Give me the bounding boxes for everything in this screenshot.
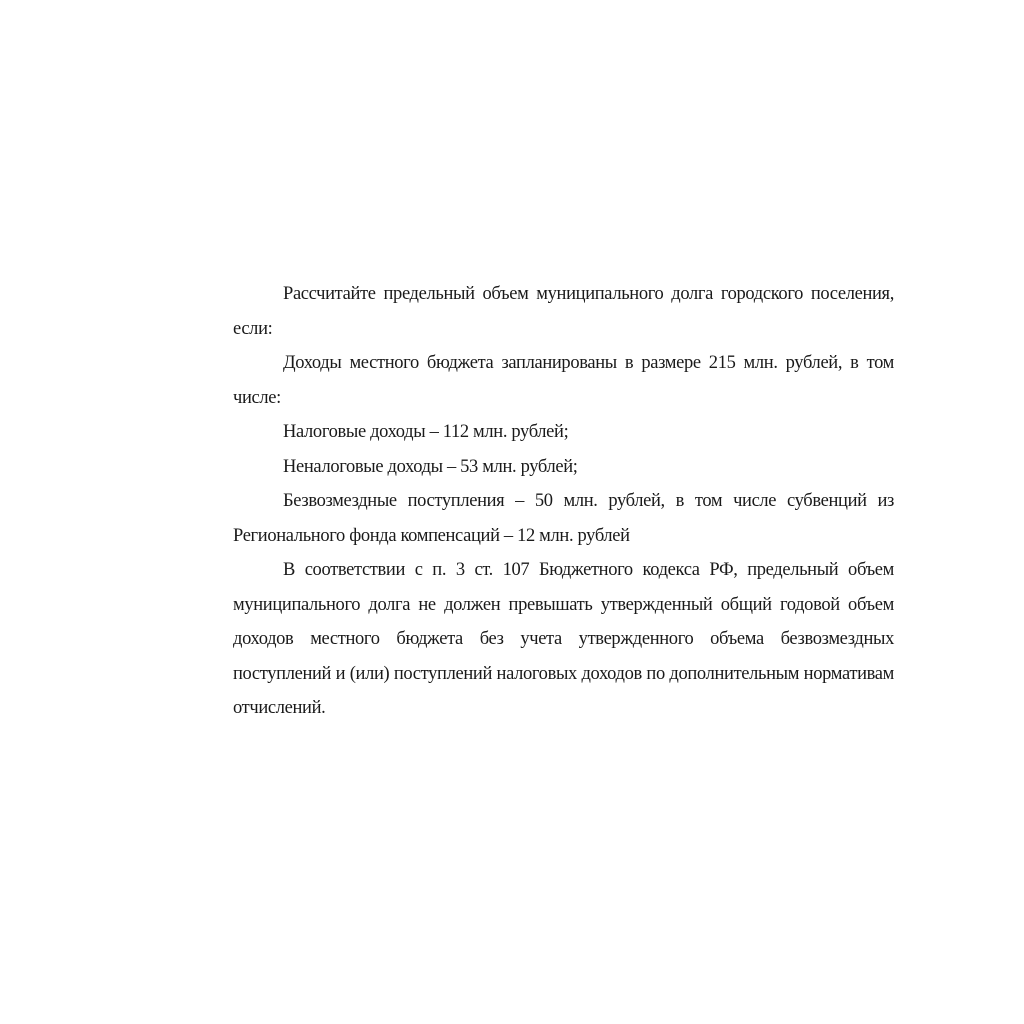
non-tax-revenue-line: Неналоговые доходы – 53 млн. рублей; [233, 450, 894, 485]
document-page: Рассчитайте предельный объем муниципальн… [233, 277, 894, 726]
total-revenue-line: Доходы местного бюджета запланированы в … [233, 346, 894, 415]
gratuitous-receipts-line: Безвозмездные поступления – 50 млн. рубл… [233, 484, 894, 553]
task-statement: Рассчитайте предельный объем муниципальн… [233, 277, 894, 346]
tax-revenue-line: Налоговые доходы – 112 млн. рублей; [233, 415, 894, 450]
budget-code-rule: В соответствии с п. 3 ст. 107 Бюджетного… [233, 553, 894, 726]
